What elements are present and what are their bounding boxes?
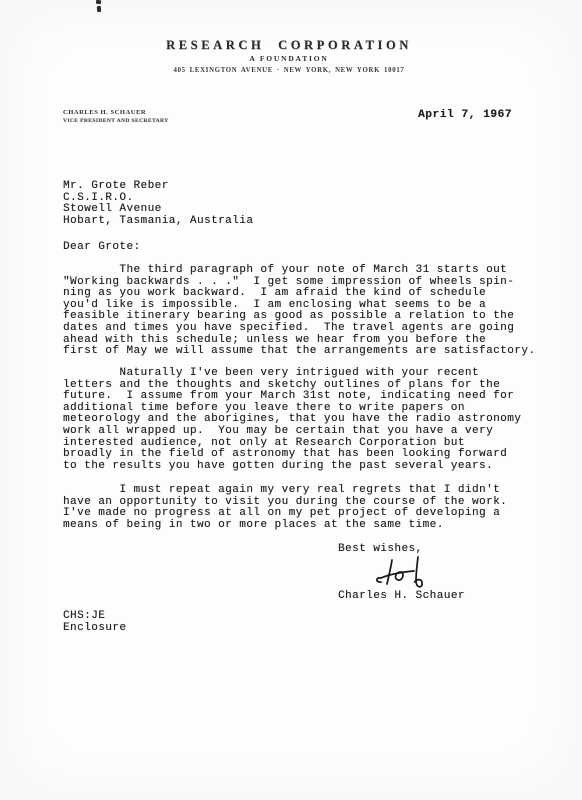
letter-date: April 7, 1967 — [418, 110, 512, 122]
scanned-letter-page: RESEARCH CORPORATION A FOUNDATION 405 LE… — [0, 0, 582, 800]
closing-phrase: Best wishes, — [338, 544, 423, 556]
salutation: Dear Grote: — [63, 242, 141, 254]
body-paragraph-1: The third paragraph of your note of Marc… — [63, 265, 535, 358]
letterhead: RESEARCH CORPORATION A FOUNDATION 405 LE… — [0, 38, 578, 75]
organization-name: RESEARCH CORPORATION — [0, 38, 578, 52]
organization-address: 405 LEXINGTON AVENUE · NEW YORK, NEW YOR… — [0, 67, 578, 75]
officer-name: CHARLES H. SCHAUER — [63, 108, 169, 117]
scan-artifact-mark — [97, 6, 102, 12]
body-paragraph-3: I must repeat again my very real regrets… — [63, 485, 507, 531]
scan-artifact-mark — [96, 0, 102, 4]
officer-block: CHARLES H. SCHAUER VICE PRESIDENT AND SE… — [63, 108, 169, 125]
handwritten-signature — [372, 555, 430, 595]
body-paragraph-2: Naturally I've been very intrigued with … — [63, 368, 521, 472]
signature-name: Charles H. Schauer — [338, 591, 465, 603]
reference-block: CHS:JE Enclosure — [63, 611, 126, 634]
organization-subtitle: A FOUNDATION — [0, 54, 578, 63]
officer-title: VICE PRESIDENT AND SECRETARY — [63, 117, 169, 125]
recipient-address: Mr. Grote Reber C.S.I.R.O. Stowell Avenu… — [63, 181, 253, 227]
